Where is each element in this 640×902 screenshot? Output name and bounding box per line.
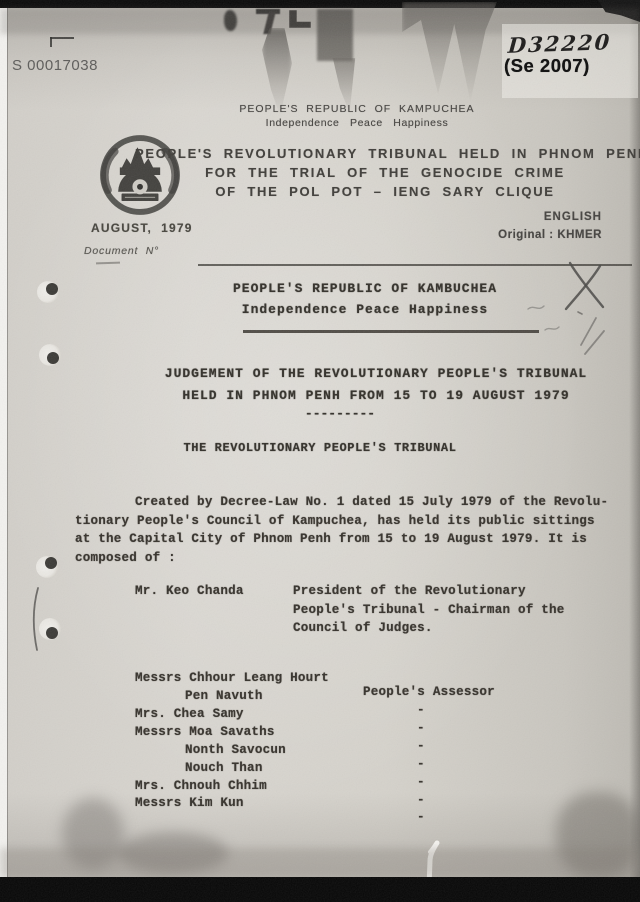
dashed-divider: --------- — [300, 406, 380, 421]
assessor-row: Nouch Than - — [0, 747, 640, 764]
assessor-row: Mrs. Chnouh Chhim - — [0, 765, 640, 782]
typed-republic-heading: PEOPLE'S REPUBLIC OF KAMBUCHEA — [180, 281, 550, 296]
punch-hole-shadow — [46, 283, 58, 295]
document-date: AUGUST, 1979 — [91, 221, 193, 235]
paragraph-line: at the Capital City of Phnom Penh from 1… — [75, 532, 587, 546]
punch-hole — [39, 618, 61, 640]
typed-motto-heading: Independence Peace Happiness — [180, 302, 550, 317]
president-role-line: President of the Revolutionary — [293, 584, 526, 598]
tribunal-title-line2: FOR THE TRIAL OF THE GENOCIDE CRIME — [135, 165, 635, 180]
tribunal-title-line1: PEOPLE'S REVOLUTIONARY TRIBUNAL HELD IN … — [135, 146, 635, 161]
handwritten-doc-id: D32220 — [507, 29, 612, 58]
header-divider-rule — [198, 264, 632, 266]
punch-hole-shadow — [46, 627, 58, 639]
assessor-row: Pen Navuth - — [0, 675, 640, 692]
judgement-title-line1: JUDGEMENT OF THE REVOLUTIONARY PEOPLE'S … — [160, 366, 592, 381]
assessor-role-ditto: - — [417, 810, 425, 824]
ern-number-stamp: S 00017038 — [12, 57, 98, 74]
language-label: ENGLISH — [400, 211, 602, 223]
assessor-name: Messrs Kim Kun — [135, 796, 244, 810]
motto-underline — [243, 330, 539, 333]
assessor-row: Messrs Kim Kun - — [0, 782, 640, 799]
judgement-title-line2: HELD IN PHNOM PENH FROM 15 TO 19 AUGUST … — [160, 388, 592, 403]
assessor-row: Mrs. Chea Samy - — [0, 693, 640, 710]
assessor-row: Messrs Moa Savaths - — [0, 711, 640, 728]
punch-hole — [39, 344, 61, 366]
scanned-document-page: S 00017038 D32220 (Se 2007) PEOPLE'S REP… — [0, 0, 640, 902]
president-role-line: Council of Judges. — [293, 621, 433, 635]
punch-hole-shadow — [45, 557, 57, 569]
president-role-line: People's Tribunal - Chairman of the — [293, 603, 565, 617]
paragraph-line: composed of : — [75, 551, 176, 565]
punch-hole — [36, 556, 58, 578]
document-number-label: Document N° — [84, 245, 159, 257]
punch-hole — [37, 281, 59, 303]
letterhead-country: PEOPLE'S REPUBLIC OF KAMPUCHEA — [107, 103, 607, 115]
se-number-stamp: (Se 2007) — [504, 55, 590, 77]
assessor-row: Nonth Savocun - — [0, 729, 640, 746]
original-language-label: Original : KHMER — [400, 229, 602, 241]
president-name: Mr. Keo Chanda — [135, 584, 244, 598]
scan-bottom-bar — [0, 877, 640, 902]
paragraph-line: Created by Decree-Law No. 1 dated 15 Jul… — [135, 495, 608, 509]
tribunal-title-line3: OF THE POL POT – IENG SARY CLIQUE — [135, 184, 635, 199]
assessor-row: Messrs Chhour Leang Hourt People's Asses… — [0, 657, 640, 674]
scan-top-bar — [0, 0, 640, 8]
paragraph-line: tionary People's Council of Kampuchea, h… — [75, 514, 595, 528]
section-heading: THE REVOLUTIONARY PEOPLE'S TRIBUNAL — [150, 441, 490, 455]
punch-hole-shadow — [47, 352, 59, 364]
letterhead-motto: Independence Peace Happiness — [107, 117, 607, 129]
